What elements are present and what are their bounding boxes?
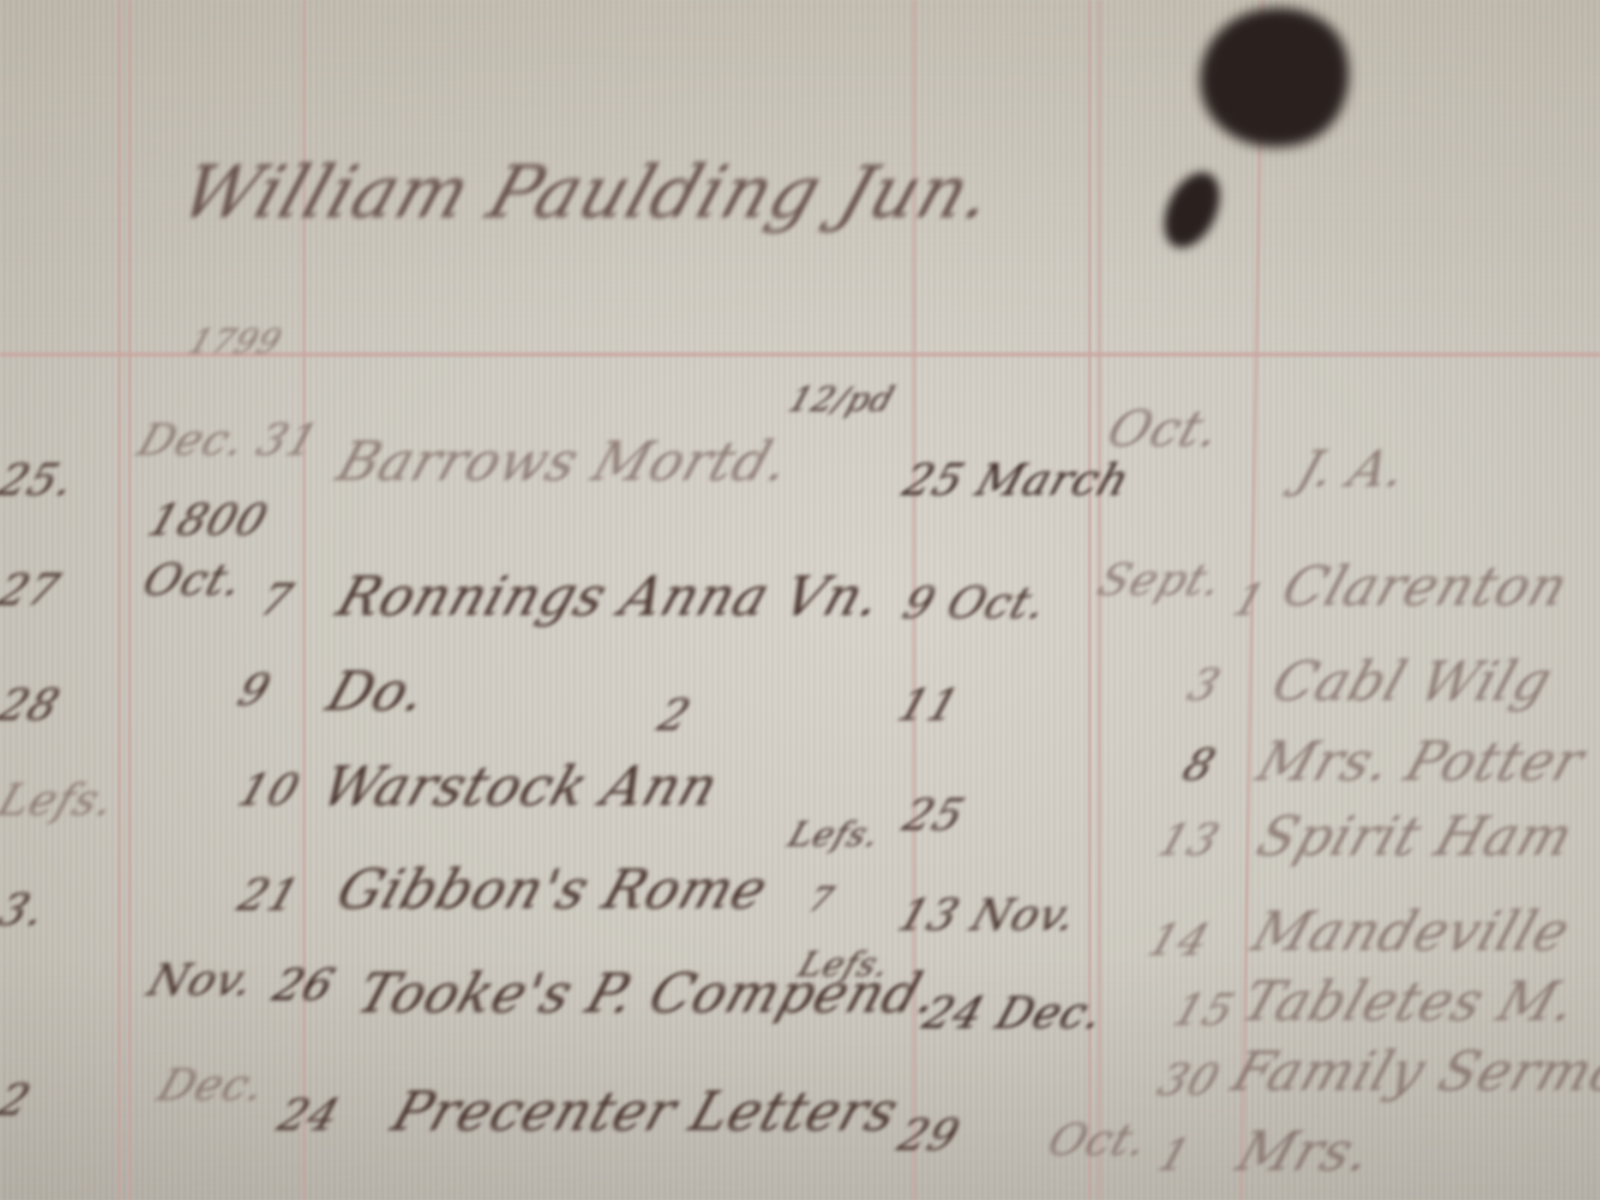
entry-page-ref: 24 Dec. xyxy=(917,988,1110,1039)
entry-description: Ronnings Anna Vn. xyxy=(330,565,891,628)
entry-description: Family Sermons xyxy=(1225,1040,1600,1103)
credit-header-description: J. A. xyxy=(1291,440,1415,498)
header-page-ref: 25 March xyxy=(897,455,1137,506)
margin-fragment: Lefs. xyxy=(0,775,121,826)
header-description: Barrows Mortd. xyxy=(330,430,799,493)
account-heading: William Paulding Jun. xyxy=(171,150,1005,234)
entry-description: Mrs. xyxy=(1230,1120,1380,1183)
header-note: 12/pd xyxy=(784,380,900,420)
entry-month: Nov. xyxy=(142,955,261,1006)
credit-header-month: Oct. xyxy=(1101,400,1229,458)
entry-description: Warstock Ann xyxy=(315,755,727,818)
entry-description: Clarenton xyxy=(1275,555,1577,618)
header-year: 1799 xyxy=(184,322,288,362)
left-margin-rule xyxy=(118,0,121,1200)
entry-description: Tabletes M. xyxy=(1235,970,1585,1033)
entry-month: Sept. xyxy=(1092,555,1230,606)
entry-month: Oct. xyxy=(137,555,250,606)
entry-page-ref: 9 Oct. xyxy=(897,578,1054,629)
header-date: Dec. 31 xyxy=(132,415,325,466)
entry-description: Gibbon's Rome xyxy=(330,858,776,921)
entry-page-ref: 13 Nov. xyxy=(892,890,1084,941)
entry-month: Oct. xyxy=(1042,1115,1155,1166)
entry-description: Cabl Wilg xyxy=(1265,650,1561,713)
entry-note: Lefs. xyxy=(794,945,896,985)
entry-description: Mrs. Potter xyxy=(1250,730,1592,793)
year-label: 1800 xyxy=(142,495,275,546)
entry-description: Spirit Ham xyxy=(1250,805,1582,868)
entry-note: Lefs. xyxy=(784,815,886,855)
entry-month: Dec. xyxy=(152,1060,273,1111)
entry-description: Precenter Letters xyxy=(385,1080,907,1143)
entry-description: Mandeville xyxy=(1245,900,1579,963)
